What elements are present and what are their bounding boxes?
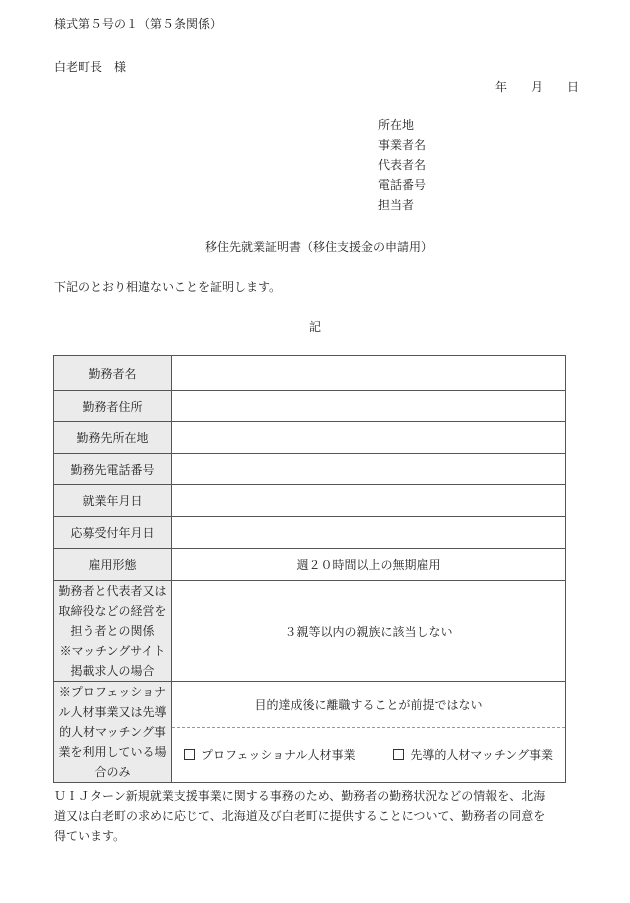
table-row: 勤務者と代表者又は 取締役などの経営を 担う者との関係 ※マッチングサイト 掲載… xyxy=(54,581,566,682)
sender-representative-label: 代表者名 xyxy=(378,158,426,178)
date-month-label: 月 xyxy=(531,80,543,94)
row-label-worker-name: 勤務者名 xyxy=(54,356,172,391)
table-row: ※プロフェッショナ ル人材事業又は先導 的人材マッチング事 業を利用している場 … xyxy=(54,682,566,728)
row-label-employment-type: 雇用形態 xyxy=(54,549,172,581)
professional-checkboxes-cell: プロフェッショナル人材事業 先導的人材マッチング事業 xyxy=(172,727,566,782)
document-title: 移住先就業証明書（移住支援金の申請用） xyxy=(0,240,630,254)
table-row: 応募受付年月日 xyxy=(54,517,566,549)
table-row: 勤務者名 xyxy=(54,356,566,391)
addressee: 白老町長 様 xyxy=(54,60,126,74)
checkbox-label: プロフェッショナル人材事業 xyxy=(201,746,356,763)
consent-note: ＵＩＪターン新規就業支援事業に関する事務のため、勤務者の勤務状況などの情報を、北… xyxy=(54,786,545,846)
ki-heading: 記 xyxy=(0,320,630,334)
row-label-professional: ※プロフェッショナ ル人材事業又は先導 的人材マッチング事 業を利用している場 … xyxy=(54,682,172,783)
sender-block: 所在地 事業者名 代表者名 電話番号 担当者 xyxy=(378,118,426,218)
date-line: 年月日 xyxy=(495,80,579,94)
date-year-label: 年 xyxy=(495,80,507,94)
checkbox-icon[interactable] xyxy=(184,749,195,760)
checkbox-leading-matching[interactable]: 先導的人材マッチング事業 xyxy=(393,746,553,763)
table-row: 勤務先電話番号 xyxy=(54,454,566,485)
certification-statement: 下記のとおり相違ないことを証明します。 xyxy=(54,280,281,294)
table-row: 勤務者住所 xyxy=(54,391,566,422)
sender-phone-label: 電話番号 xyxy=(378,178,426,198)
table-row: 勤務先所在地 xyxy=(54,422,566,454)
workplace-phone-field[interactable] xyxy=(172,454,566,485)
checkbox-professional-talent[interactable]: プロフェッショナル人材事業 xyxy=(184,746,356,763)
checkbox-label: 先導的人材マッチング事業 xyxy=(410,746,553,763)
sender-company-label: 事業者名 xyxy=(378,138,426,158)
date-day-label: 日 xyxy=(567,80,579,94)
certificate-table: 勤務者名 勤務者住所 勤務先所在地 勤務先電話番号 就業年月日 応募受付年月日 … xyxy=(53,355,566,783)
sender-address-label: 所在地 xyxy=(378,118,426,138)
employment-type-value: 週２０時間以上の無期雇用 xyxy=(172,549,566,581)
application-date-field[interactable] xyxy=(172,517,566,549)
row-label-relationship: 勤務者と代表者又は 取締役などの経営を 担う者との関係 ※マッチングサイト 掲載… xyxy=(54,581,172,682)
sender-contact-label: 担当者 xyxy=(378,198,426,218)
professional-condition-value: 目的達成後に離職することが前提ではない xyxy=(172,682,566,728)
relationship-value: ３親等以内の親族に該当しない xyxy=(172,581,566,682)
row-label-workplace-location: 勤務先所在地 xyxy=(54,422,172,454)
row-label-worker-address: 勤務者住所 xyxy=(54,391,172,422)
row-label-workplace-phone: 勤務先電話番号 xyxy=(54,454,172,485)
checkbox-icon[interactable] xyxy=(393,749,404,760)
row-label-employment-date: 就業年月日 xyxy=(54,485,172,517)
employment-date-field[interactable] xyxy=(172,485,566,517)
form-number: 様式第５号の１（第５条関係） xyxy=(54,17,222,31)
row-label-application-date: 応募受付年月日 xyxy=(54,517,172,549)
workplace-location-field[interactable] xyxy=(172,422,566,454)
table-row: 雇用形態 週２０時間以上の無期雇用 xyxy=(54,549,566,581)
worker-name-field[interactable] xyxy=(172,356,566,391)
table-row: 就業年月日 xyxy=(54,485,566,517)
worker-address-field[interactable] xyxy=(172,391,566,422)
